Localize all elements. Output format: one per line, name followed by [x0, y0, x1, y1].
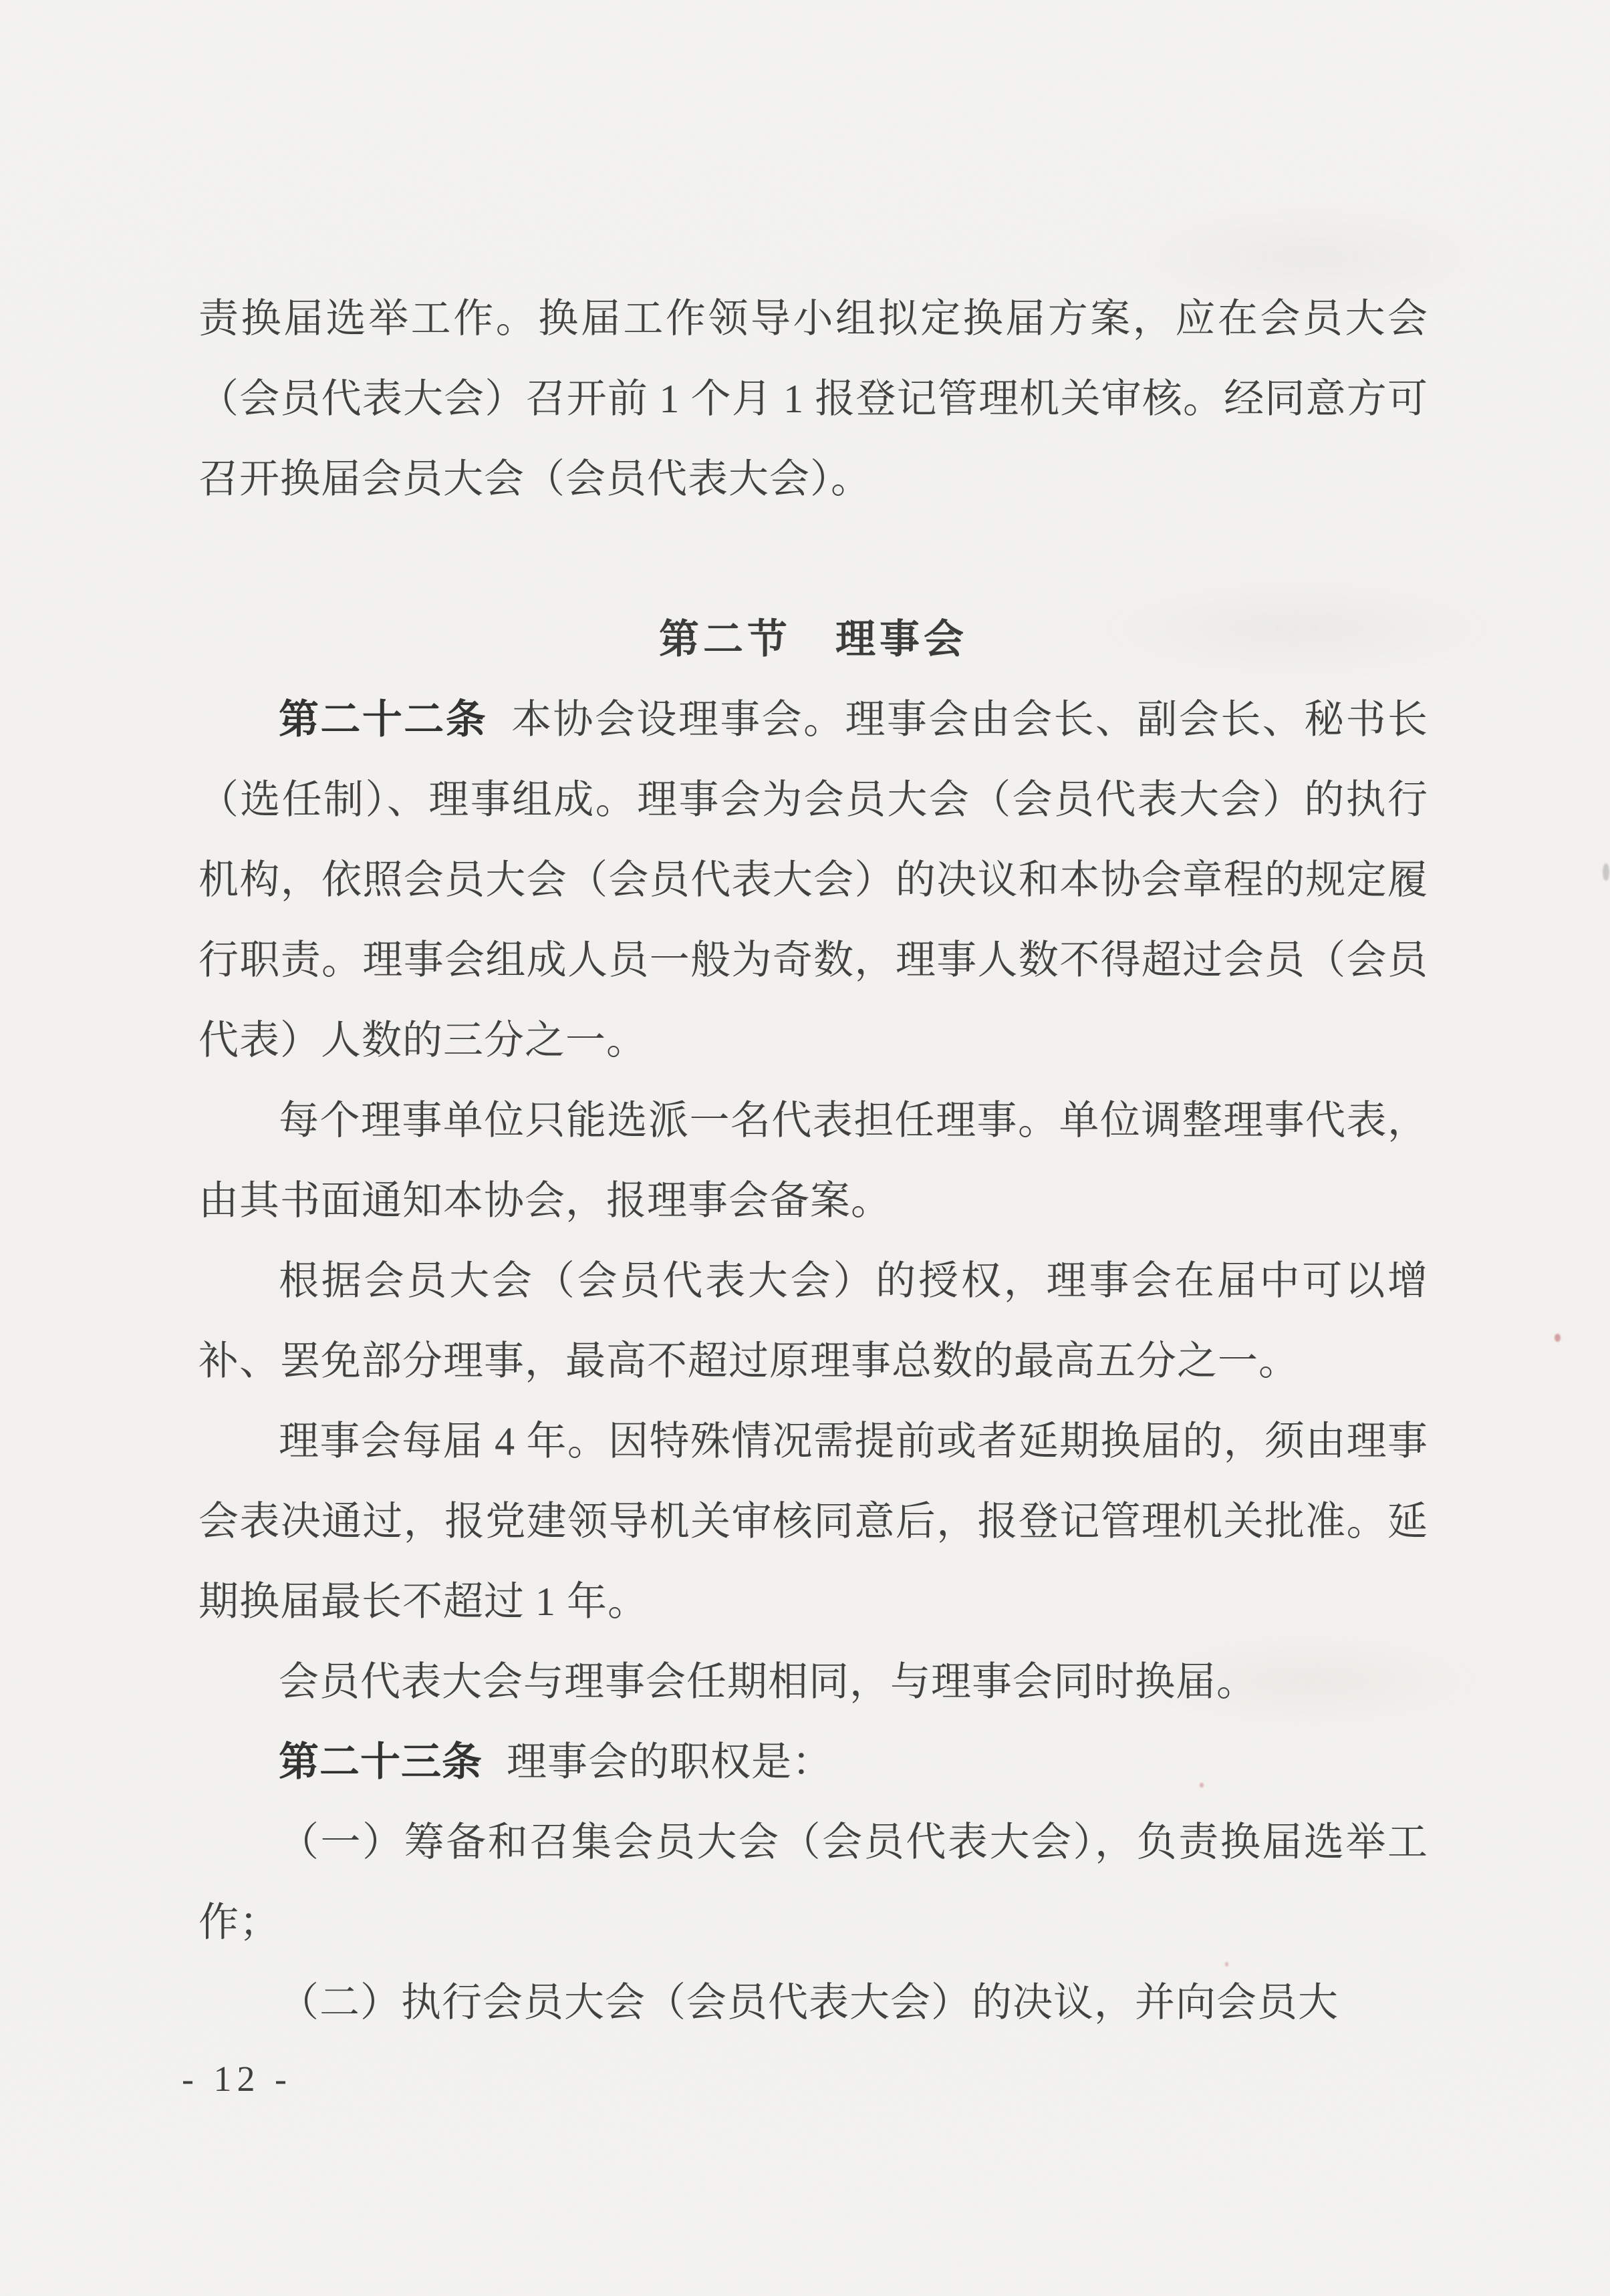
- page-number: - 12 -: [182, 2058, 292, 2100]
- scanned-document-page: 责换届选举工作。换届工作领导小组拟定换届方案，应在会员大会（会员代表大会）召开前…: [0, 0, 1610, 2296]
- paragraph: （二）执行会员大会（会员代表大会）的决议，并向会员大: [198, 1963, 1428, 2043]
- red-ink-speck: [1555, 1334, 1561, 1342]
- document-body: 责换届选举工作。换届工作领导小组拟定换届方案，应在会员大会（会员代表大会）召开前…: [198, 279, 1428, 2043]
- paragraph: 第二十三条理事会的职权是：: [198, 1722, 1428, 1802]
- paragraph: 第二十二条本协会设理事会。理事会由会长、副会长、秘书长（选任制）、理事组成。理事…: [198, 680, 1428, 1081]
- paragraph: （一）筹备和召集会员大会（会员代表大会），负责换届选举工作；: [198, 1802, 1428, 1963]
- section-heading: 第二节 理事会: [198, 599, 1428, 680]
- paragraph: 责换届选举工作。换届工作领导小组拟定换届方案，应在会员大会（会员代表大会）召开前…: [198, 279, 1428, 519]
- paragraph: 根据会员大会（会员代表大会）的授权，理事会在届中可以增补、罢免部分理事，最高不超…: [198, 1241, 1428, 1401]
- paragraph: 每个理事单位只能选派一名代表担任理事。单位调整理事代表，由其书面通知本协会，报理…: [198, 1081, 1428, 1241]
- article-number: 第二十三条: [279, 1740, 483, 1784]
- paragraph: 会员代表大会与理事会任期相同，与理事会同时换届。: [198, 1642, 1428, 1722]
- scan-edge-mark: [1603, 863, 1609, 881]
- paragraph: 理事会每届 4 年。因特殊情况需提前或者延期换届的，须由理事会表决通过，报党建领…: [198, 1401, 1428, 1642]
- article-number: 第二十二条: [279, 698, 487, 742]
